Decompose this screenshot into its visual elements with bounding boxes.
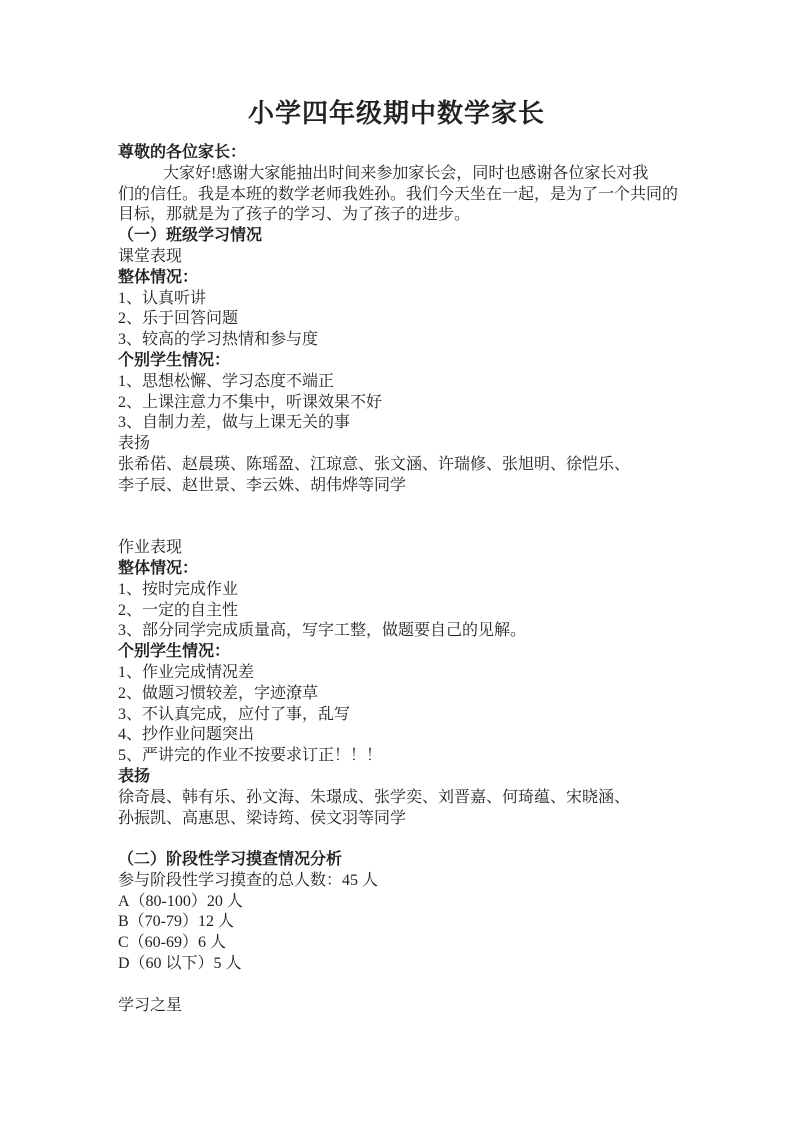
- text-line: 3、不认真完成，应付了事，乱写: [118, 705, 675, 726]
- text-line: 3、较高的学习热情和参与度: [118, 330, 675, 351]
- document-content: 小学四年级期中数学家长 尊敬的各位家长：大家好!感谢大家能抽出时间来参加家长会，…: [118, 98, 675, 1016]
- document-lines: 尊敬的各位家长：大家好!感谢大家能抽出时间来参加家长会，同时也感谢各位家长对我们…: [118, 143, 675, 1016]
- text-line: 1、思想松懈、学习态度不端正: [118, 372, 675, 393]
- text-line: A（80-100）20 人: [118, 892, 675, 913]
- text-line: B（70-79）12 人: [118, 912, 675, 933]
- text-line: 们的信任。我是本班的数学老师我姓孙。我们今天坐在一起，是为了一个共同的: [118, 185, 675, 206]
- text-line: 表扬: [118, 767, 675, 788]
- text-line: 李子辰、赵世景、李云姝、胡伟烨等同学: [118, 476, 675, 497]
- text-line: 2、一定的自主性: [118, 601, 675, 622]
- text-line: （二）阶段性学习摸查情况分析: [118, 850, 675, 871]
- text-line: 大家好!感谢大家能抽出时间来参加家长会，同时也感谢各位家长对我: [118, 164, 675, 185]
- text-line: 2、做题习惯较差，字迹潦草: [118, 684, 675, 705]
- text-line: 孙振凯、高惠思、梁诗筠、侯文羽等同学: [118, 809, 675, 830]
- blank-line: [118, 497, 675, 518]
- text-line: 1、认真听讲: [118, 289, 675, 310]
- document-title: 小学四年级期中数学家长: [118, 98, 675, 130]
- text-line: 1、作业完成情况差: [118, 663, 675, 684]
- text-line: 参与阶段性学习摸查的总人数：45 人: [118, 871, 675, 892]
- text-line: D（60 以下）5 人: [118, 954, 675, 975]
- text-line: 个别学生情况：: [118, 351, 675, 372]
- text-line: 3、部分同学完成质量高，写字工整，做题要自己的见解。: [118, 621, 675, 642]
- text-line: 目标，那就是为了孩子的学习、为了孩子的进步。: [118, 205, 675, 226]
- text-line: 1、按时完成作业: [118, 580, 675, 601]
- document-page: 小学四年级期中数学家长 尊敬的各位家长：大家好!感谢大家能抽出时间来参加家长会，…: [0, 0, 793, 1122]
- text-line: 4、抄作业问题突出: [118, 725, 675, 746]
- text-line: 作业表现: [118, 538, 675, 559]
- text-line: 张希偌、赵晨瑛、陈瑶盈、江琼意、张文涵、许瑞修、张旭明、徐恺乐、: [118, 455, 675, 476]
- text-line: 徐奇晨、韩有乐、孙文海、朱璟成、张学奕、刘晋嘉、何琦蕴、宋晓涵、: [118, 788, 675, 809]
- text-line: 2、上课注意力不集中，听课效果不好: [118, 393, 675, 414]
- blank-line: [118, 829, 675, 850]
- text-line: 5、严讲完的作业不按要求订正！！！: [118, 746, 675, 767]
- text-line: 学习之星: [118, 996, 675, 1017]
- text-line: 课堂表现: [118, 247, 675, 268]
- text-line: 3、自制力差，做与上课无关的事: [118, 413, 675, 434]
- text-line: 2、乐于回答问题: [118, 309, 675, 330]
- text-line: 个别学生情况：: [118, 642, 675, 663]
- text-line: 整体情况：: [118, 268, 675, 289]
- text-line: 整体情况：: [118, 559, 675, 580]
- text-line: 尊敬的各位家长：: [118, 143, 675, 164]
- blank-line: [118, 517, 675, 538]
- blank-line: [118, 975, 675, 996]
- text-line: C（60-69）6 人: [118, 933, 675, 954]
- text-line: 表扬: [118, 434, 675, 455]
- text-line: （一）班级学习情况: [118, 226, 675, 247]
